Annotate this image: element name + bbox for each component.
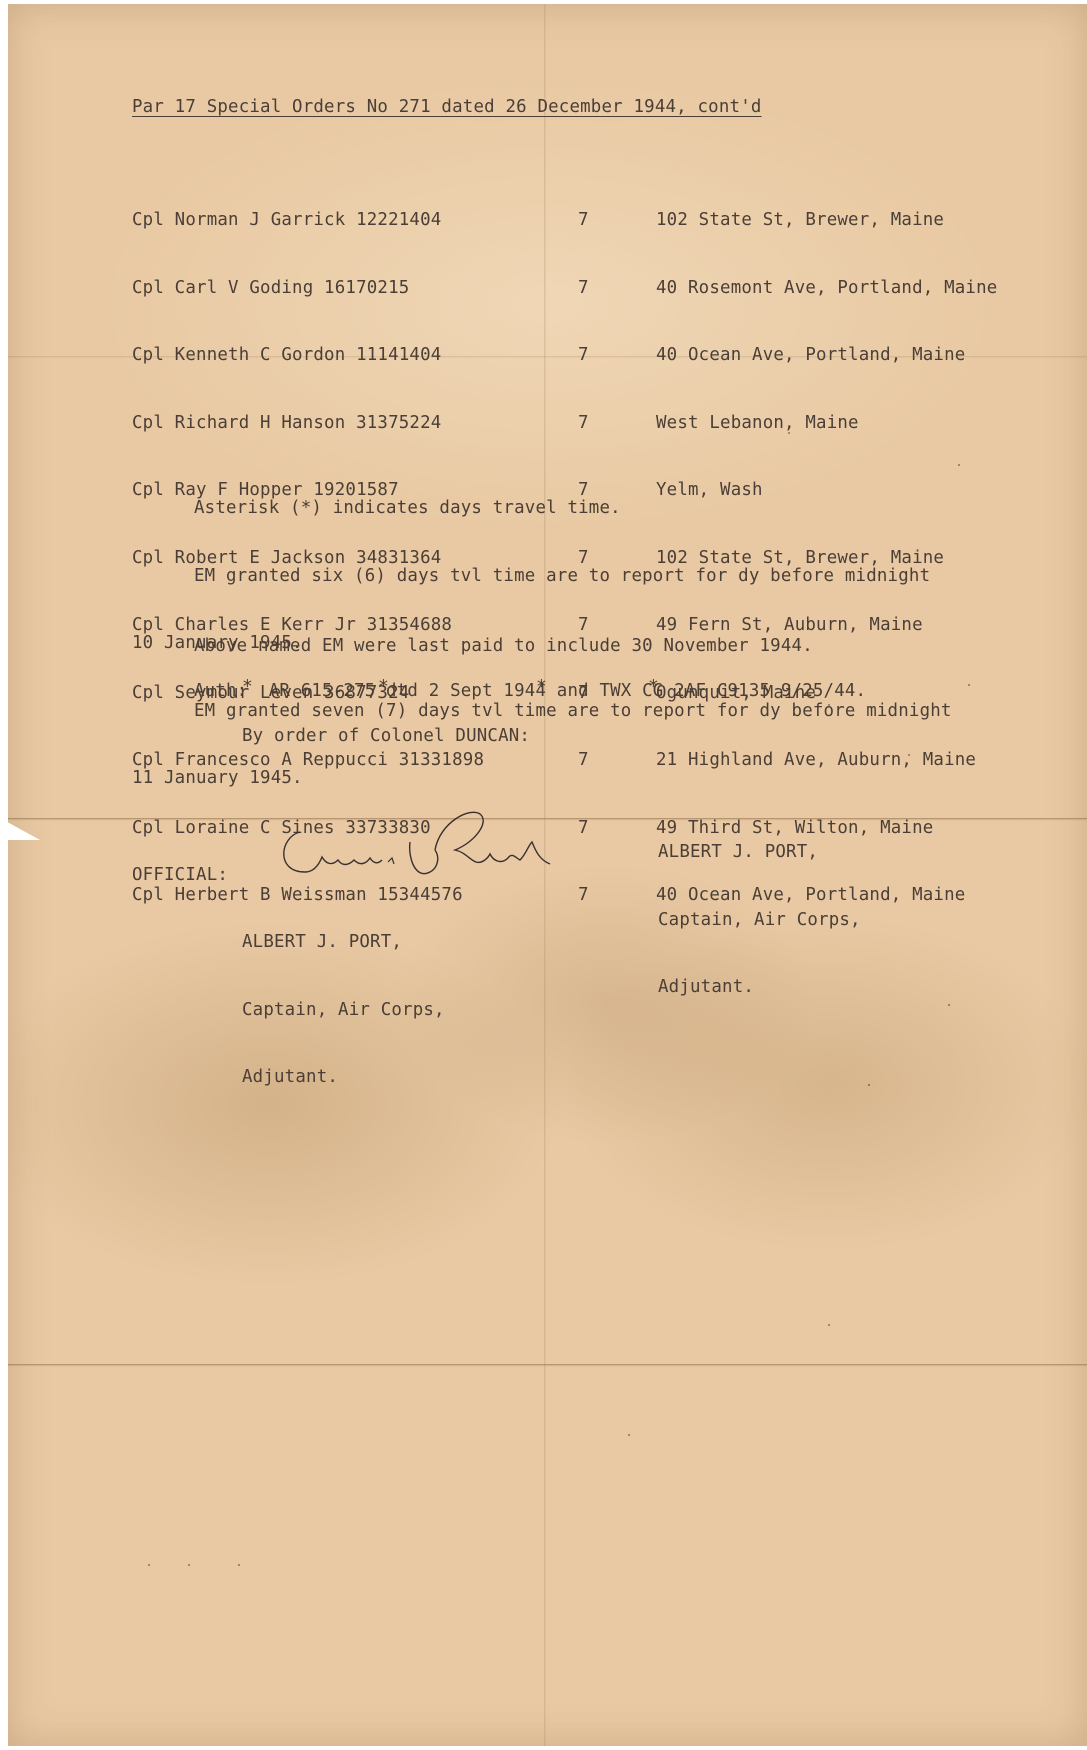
official-rank: Captain, Air Corps,: [242, 999, 445, 1022]
document-page: Par 17 Special Orders No 271 dated 26 De…: [8, 4, 1087, 1746]
order-header: Par 17 Special Orders No 271 dated 26 De…: [132, 96, 762, 119]
soldier-name: Cpl Norman J Garrick 12221404: [132, 209, 441, 232]
six-days-note-line1: EM granted six (6) days tvl time are to …: [132, 565, 952, 588]
by-order-line: By order of Colonel DUNCAN:: [242, 725, 530, 748]
soldier-name: Cpl Kenneth C Gordon 11141404: [132, 344, 441, 367]
roster-row: Cpl Norman J Garrick 12221404 7 102 Stat…: [132, 209, 196, 232]
home-address: 40 Rosemont Ave, Portland, Maine: [656, 277, 997, 300]
official-title: Adjutant.: [242, 1066, 445, 1089]
torn-corner: [0, 818, 40, 840]
asterisk-note: Asterisk (*) indicates days travel time.: [132, 497, 952, 520]
official-label: OFFICIAL:: [132, 864, 228, 887]
separator-star: *: [242, 676, 253, 697]
separator-star: *: [648, 676, 659, 697]
travel-days: 7: [578, 209, 589, 232]
travel-days: 7: [578, 344, 589, 367]
travel-days: 7: [578, 277, 589, 300]
travel-days: 7: [578, 884, 589, 907]
signature-block-right: ALBERT J. PORT, Captain, Air Corps, Adju…: [658, 796, 861, 1044]
home-address: 40 Ocean Ave, Portland, Maine: [656, 344, 965, 367]
roster-row: Cpl Richard H Hanson 31375224 7 West Leb…: [132, 412, 196, 435]
handwritten-signature-icon: [270, 802, 560, 882]
official-name: ALBERT J. PORT,: [242, 931, 445, 954]
home-address: West Lebanon, Maine: [656, 412, 859, 435]
fold-crease-horizontal-lower: [8, 1364, 1087, 1367]
roster-row: Cpl Carl V Goding 16170215 7 40 Rosemont…: [132, 277, 196, 300]
soldier-name: Cpl Carl V Goding 16170215: [132, 277, 409, 300]
separator-star: *: [378, 676, 389, 697]
separator-star: *: [536, 676, 547, 697]
soldier-name: Cpl Richard H Hanson 31375224: [132, 412, 441, 435]
signer-rank: Captain, Air Corps,: [658, 909, 861, 932]
roster-row: Cpl Kenneth C Gordon 11141404 7 40 Ocean…: [132, 344, 196, 367]
seven-days-note-line2: 11 January 1945.: [132, 767, 952, 790]
roster-row: Cpl Herbert B Weissman 15344576 7 40 Oce…: [132, 884, 196, 907]
signer-title: Adjutant.: [658, 976, 861, 999]
separator-stars: * * * *: [8, 676, 1087, 700]
signer-name: ALBERT J. PORT,: [658, 841, 861, 864]
travel-days: 7: [578, 412, 589, 435]
home-address: 102 State St, Brewer, Maine: [656, 209, 944, 232]
official-signature-block: ALBERT J. PORT, Captain, Air Corps, Adju…: [242, 886, 445, 1134]
